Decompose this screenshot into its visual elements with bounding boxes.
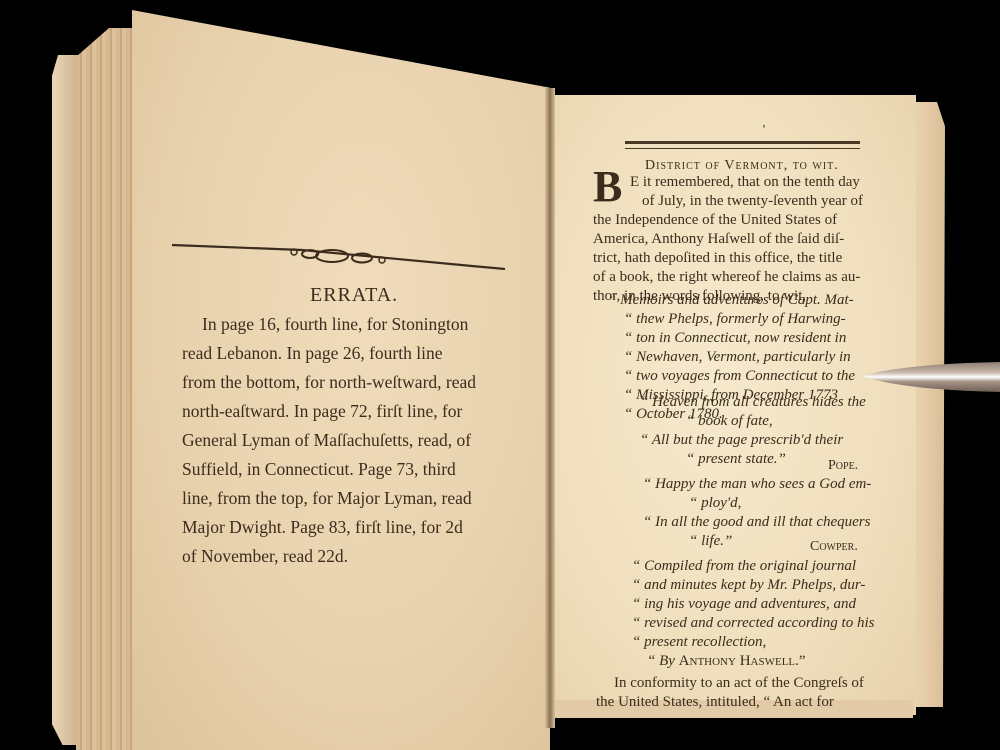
- intro-line: the Independence of the United States of: [593, 211, 860, 230]
- compiled-line: “ present recollection,: [632, 633, 874, 652]
- errata-line: In page 16, fourth line, for Stonington: [182, 310, 512, 339]
- errata-line: line, from the top, for Major Lyman, rea…: [182, 484, 512, 513]
- pope-attribution: Pope.: [828, 458, 858, 474]
- compiled-line: “ and minutes kept by Mr. Phelps, dur-: [632, 576, 874, 595]
- compiled-block: “ Compiled from the original journal “ a…: [632, 557, 874, 652]
- page-stack-left: [76, 28, 136, 750]
- title-line: “ ton in Connecticut, now resident in: [624, 329, 855, 348]
- printer-mark: ʼ: [762, 122, 766, 137]
- ornament-divider-icon: [172, 240, 505, 270]
- closing-line: In conformity to an act of the Congreſs …: [614, 674, 864, 693]
- double-rule-top: [625, 141, 860, 144]
- double-rule-bottom: [625, 148, 860, 149]
- closing-line: the United States, intituled, “ An act f…: [596, 693, 864, 712]
- intro-line: America, Anthony Haſwell of the ſaid diſ…: [593, 230, 860, 249]
- quote-line: “ All but the page prescrib'd their: [640, 431, 866, 450]
- title-line: “ Memoirs and adventures of Capt. Mat-: [608, 291, 855, 310]
- intro-line: E it remembered, that on the tenth day: [630, 173, 863, 192]
- byline: “ By Anthony Haswell.”: [647, 653, 806, 670]
- cowper-attribution: Cowper.: [810, 539, 858, 555]
- compiled-line: “ Compiled from the original journal: [632, 557, 874, 576]
- intro-line: trict, hath depoſited in this office, th…: [593, 249, 860, 268]
- quote-line: “ In all the good and ill that chequers: [643, 513, 871, 532]
- book-gutter: [545, 88, 555, 728]
- errata-line: from the bottom, for north-weſtward, rea…: [182, 368, 512, 397]
- errata-line: read Lebanon. In page 26, fourth line: [182, 339, 512, 368]
- drop-cap: B: [593, 165, 622, 209]
- errata-line: of November, read 22d.: [182, 542, 512, 571]
- intro-line: of July, in the twenty-ſeventh year of: [642, 192, 863, 211]
- errata-line: General Lyman of Maſſachuſetts, read, of: [182, 426, 512, 455]
- quote-line: “ Happy the man who sees a God em-: [643, 475, 871, 494]
- byline-prefix: “ By: [647, 653, 675, 669]
- title-line: “ two voyages from Connecticut to the: [624, 367, 855, 386]
- errata-line: Major Dwight. Page 83, firſt line, for 2…: [182, 513, 512, 542]
- district-heading: District of Vermont, to wit.: [645, 158, 839, 174]
- title-line: “ Newhaven, Vermont, particularly in: [624, 348, 855, 367]
- errata-line: north-eaſtward. In page 72, firſt line, …: [182, 397, 512, 426]
- quote-line: “ ploy'd,: [689, 494, 871, 513]
- intro-block: E it remembered, that on the tenth day o…: [630, 173, 863, 211]
- quote-line: “ Heaven from all creatures hides the: [640, 393, 866, 412]
- title-line: “ thew Phelps, formerly of Harwing-: [624, 310, 855, 329]
- errata-text: In page 16, fourth line, for Stonington …: [182, 310, 512, 571]
- byline-name: Anthony Haswell.”: [679, 653, 806, 669]
- quote-line: “ book of fate,: [686, 412, 866, 431]
- intro-line: of a book, the right whereof he claims a…: [593, 268, 860, 287]
- errata-heading: ERRATA.: [310, 284, 398, 307]
- compiled-line: “ ing his voyage and adventures, and: [632, 595, 874, 614]
- metal-pointer-icon: [862, 362, 1000, 398]
- closing-block: In conformity to an act of the Congreſs …: [596, 674, 864, 712]
- compiled-line: “ revised and corrected according to his: [632, 614, 874, 633]
- errata-line: Suffield, in Connecticut. Page 73, third: [182, 455, 512, 484]
